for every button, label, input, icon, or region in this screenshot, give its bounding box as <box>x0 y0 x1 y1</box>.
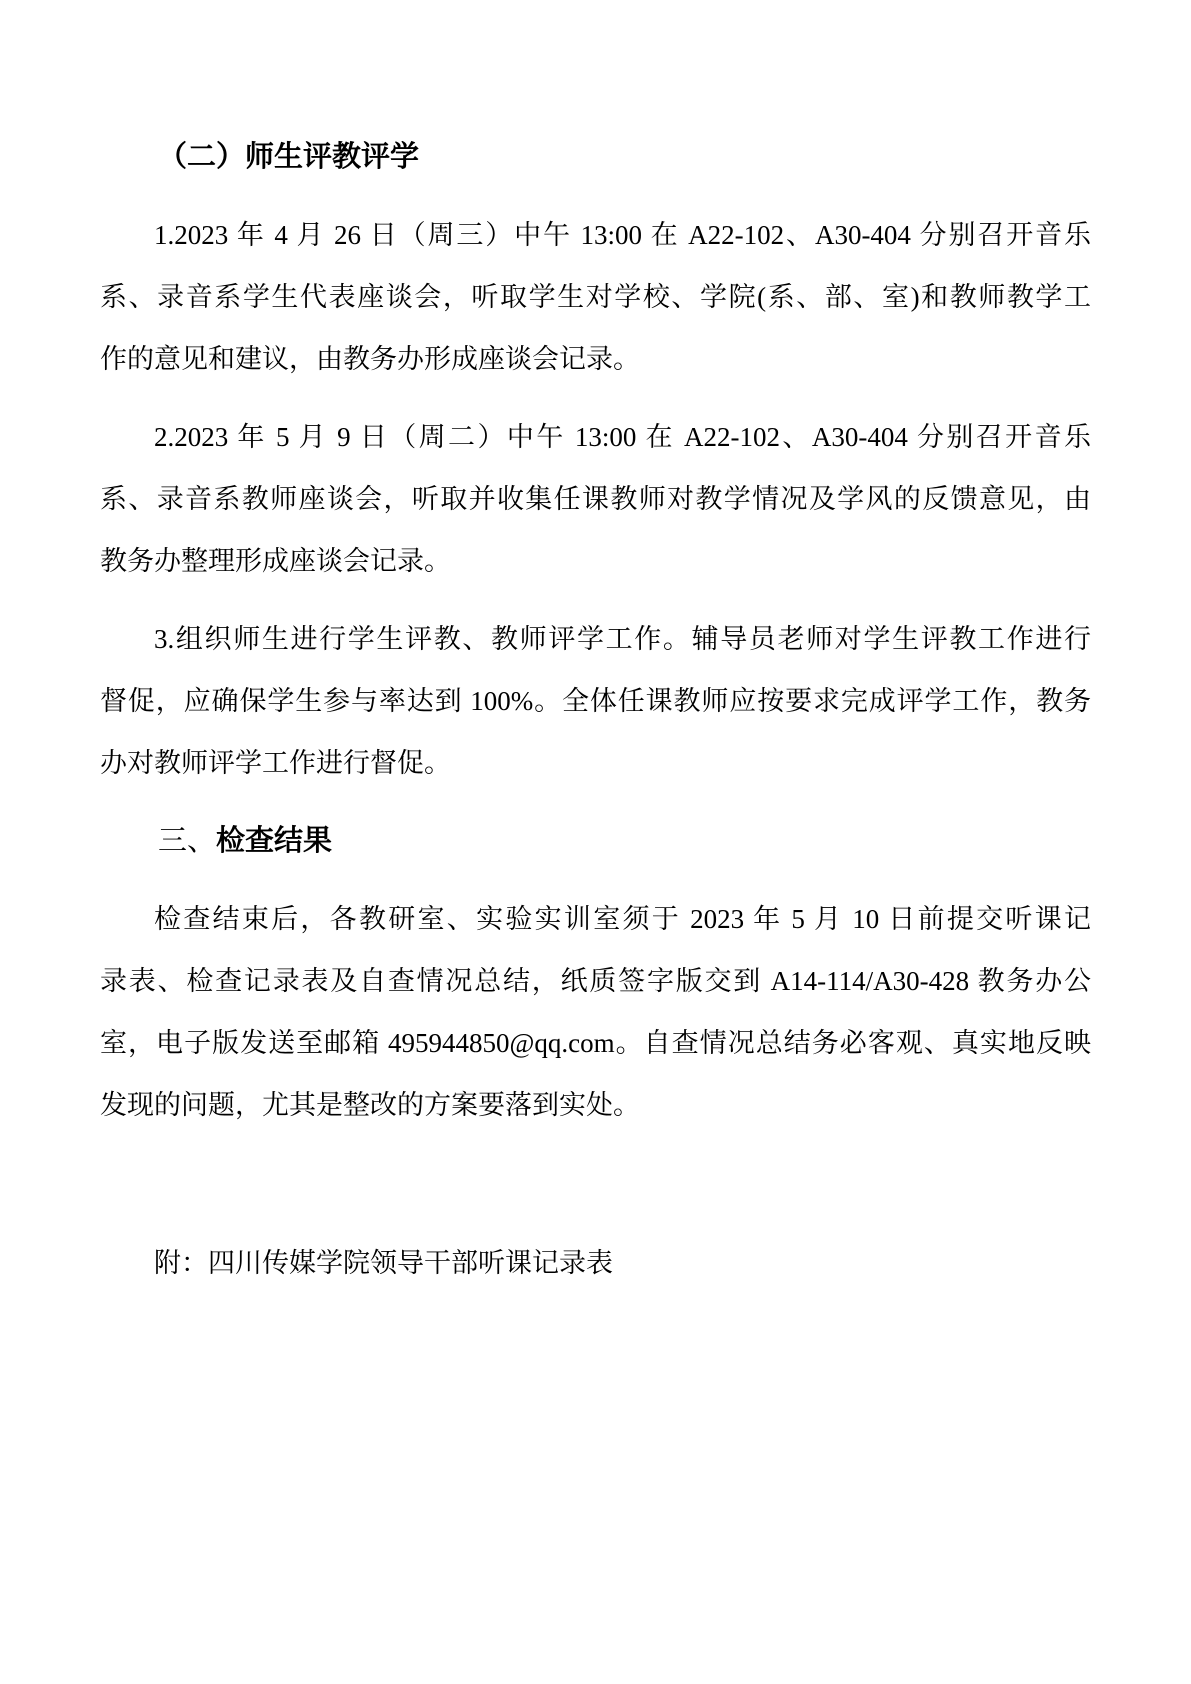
attachment-note: 附：四川传媒学院领导干部听课记录表 <box>100 1232 1091 1294</box>
paragraph-line: 室，电子版发送至邮箱 495944850@qq.com。自查情况总结务必客观、真… <box>100 1012 1091 1074</box>
paragraph-line: 系、录音系学生代表座谈会，听取学生对学校、学院(系、部、室)和教师教学工 <box>100 266 1091 328</box>
paragraph-line: 办对教师评学工作进行督促。 <box>100 732 1091 794</box>
paragraph-line: 发现的问题，尤其是整改的方案要落到实处。 <box>100 1074 1091 1136</box>
paragraph-line: 录表、检查记录表及自查情况总结，纸质签字版交到 A14-114/A30-428 … <box>100 950 1091 1012</box>
paragraph-line: 作的意见和建议，由教务办形成座谈会记录。 <box>100 328 1091 390</box>
paragraph-student-forum: 1.2023 年 4 月 26 日（周三）中午 13:00 在 A22-102、… <box>100 204 1091 390</box>
section-title-bold: 检查结果 <box>216 825 332 857</box>
paragraph-inspection-result: 检查结束后，各教研室、实验实训室须于 2023 年 5 月 10 日前提交听课记… <box>100 888 1091 1136</box>
section-number-prefix: 三、 <box>158 825 216 857</box>
paragraph-line: 1.2023 年 4 月 26 日（周三）中午 13:00 在 A22-102、… <box>100 204 1091 266</box>
section-heading-jiancha-jieguo: 三、检查结果 <box>100 810 1091 872</box>
paragraph-line: 督促，应确保学生参与率达到 100%。全体任课教师应按要求完成评学工作，教务 <box>100 670 1091 732</box>
paragraph-teacher-forum: 2.2023 年 5 月 9 日（周二）中午 13:00 在 A22-102、A… <box>100 406 1091 592</box>
paragraph-line: 3.组织师生进行学生评教、教师评学工作。辅导员老师对学生评教工作进行 <box>100 608 1091 670</box>
paragraph-line: 系、录音系教师座谈会，听取并收集任课教师对教学情况及学风的反馈意见，由 <box>100 468 1091 530</box>
paragraph-evaluation-work: 3.组织师生进行学生评教、教师评学工作。辅导员老师对学生评教工作进行 督促，应确… <box>100 608 1091 794</box>
section-heading-shisheng-pingjiao: （二）师生评教评学 <box>100 126 1091 188</box>
document-page: （二）师生评教评学 1.2023 年 4 月 26 日（周三）中午 13:00 … <box>0 0 1191 1684</box>
paragraph-line: 2.2023 年 5 月 9 日（周二）中午 13:00 在 A22-102、A… <box>100 406 1091 468</box>
paragraph-line: 检查结束后，各教研室、实验实训室须于 2023 年 5 月 10 日前提交听课记 <box>100 888 1091 950</box>
paragraph-line: 教务办整理形成座谈会记录。 <box>100 530 1091 592</box>
